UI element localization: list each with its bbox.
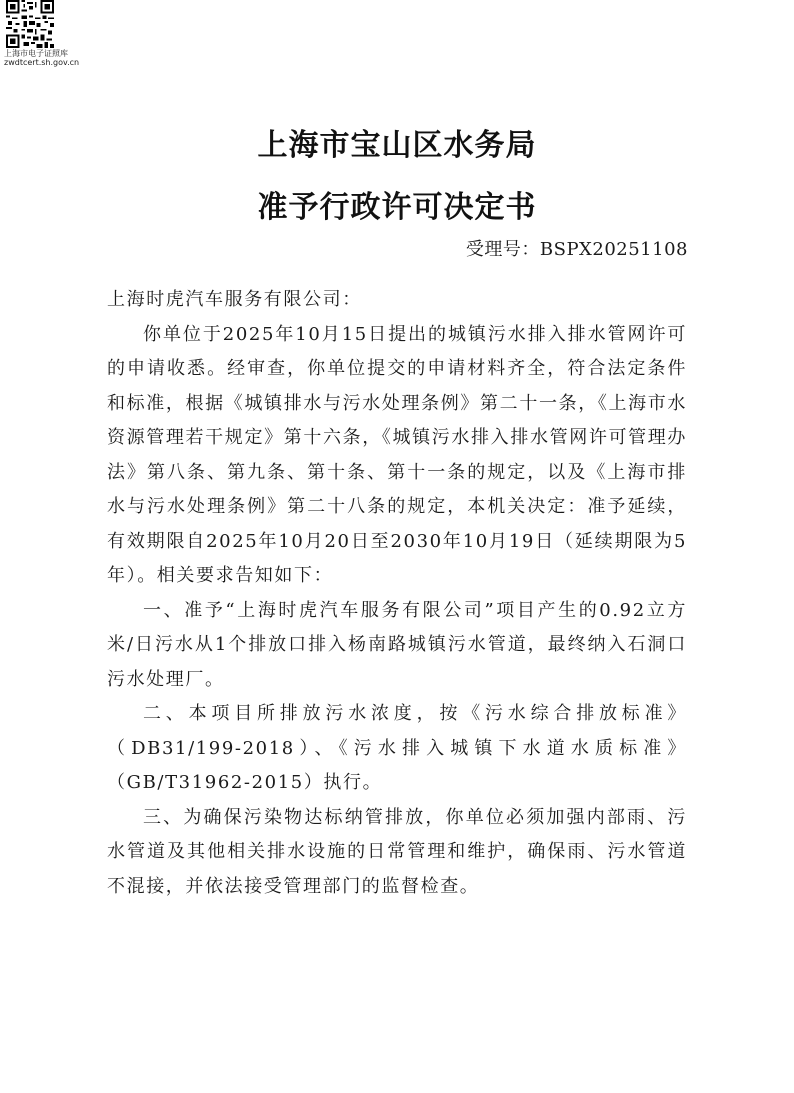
qr-code-icon	[6, 0, 54, 48]
document-body: 上海时虎汽车服务有限公司： 你单位于2025年10月15日提出的城镇污水排入排水…	[107, 283, 687, 904]
agency-title: 上海市宝山区水务局	[0, 120, 794, 164]
addressee: 上海时虎汽车服务有限公司：	[107, 283, 687, 318]
qr-caption-name: 上海市电子证照库	[4, 49, 79, 58]
reference-number: 受理号：BSPX20251108	[466, 235, 688, 261]
requirement-1: 一、准予“上海时虎汽车服务有限公司”项目产生的0.92立方米/日污水从1个排放口…	[107, 594, 687, 698]
qr-caption-url: zwdtcert.sh.gov.cn	[4, 58, 79, 67]
decision-paragraph: 你单位于2025年10月15日提出的城镇污水排入排水管网许可的申请收悉。经审查，…	[107, 318, 687, 594]
qr-caption: 上海市电子证照库 zwdtcert.sh.gov.cn	[4, 49, 79, 67]
requirement-2: 二、本项目所排放污水浓度，按《污水综合排放标准》（DB31/199-2018）、…	[107, 697, 687, 801]
document-title: 准予行政许可决定书	[0, 182, 794, 226]
requirement-3: 三、为确保污染物达标纳管排放，你单位必须加强内部雨、污水管道及其他相关排水设施的…	[107, 801, 687, 905]
